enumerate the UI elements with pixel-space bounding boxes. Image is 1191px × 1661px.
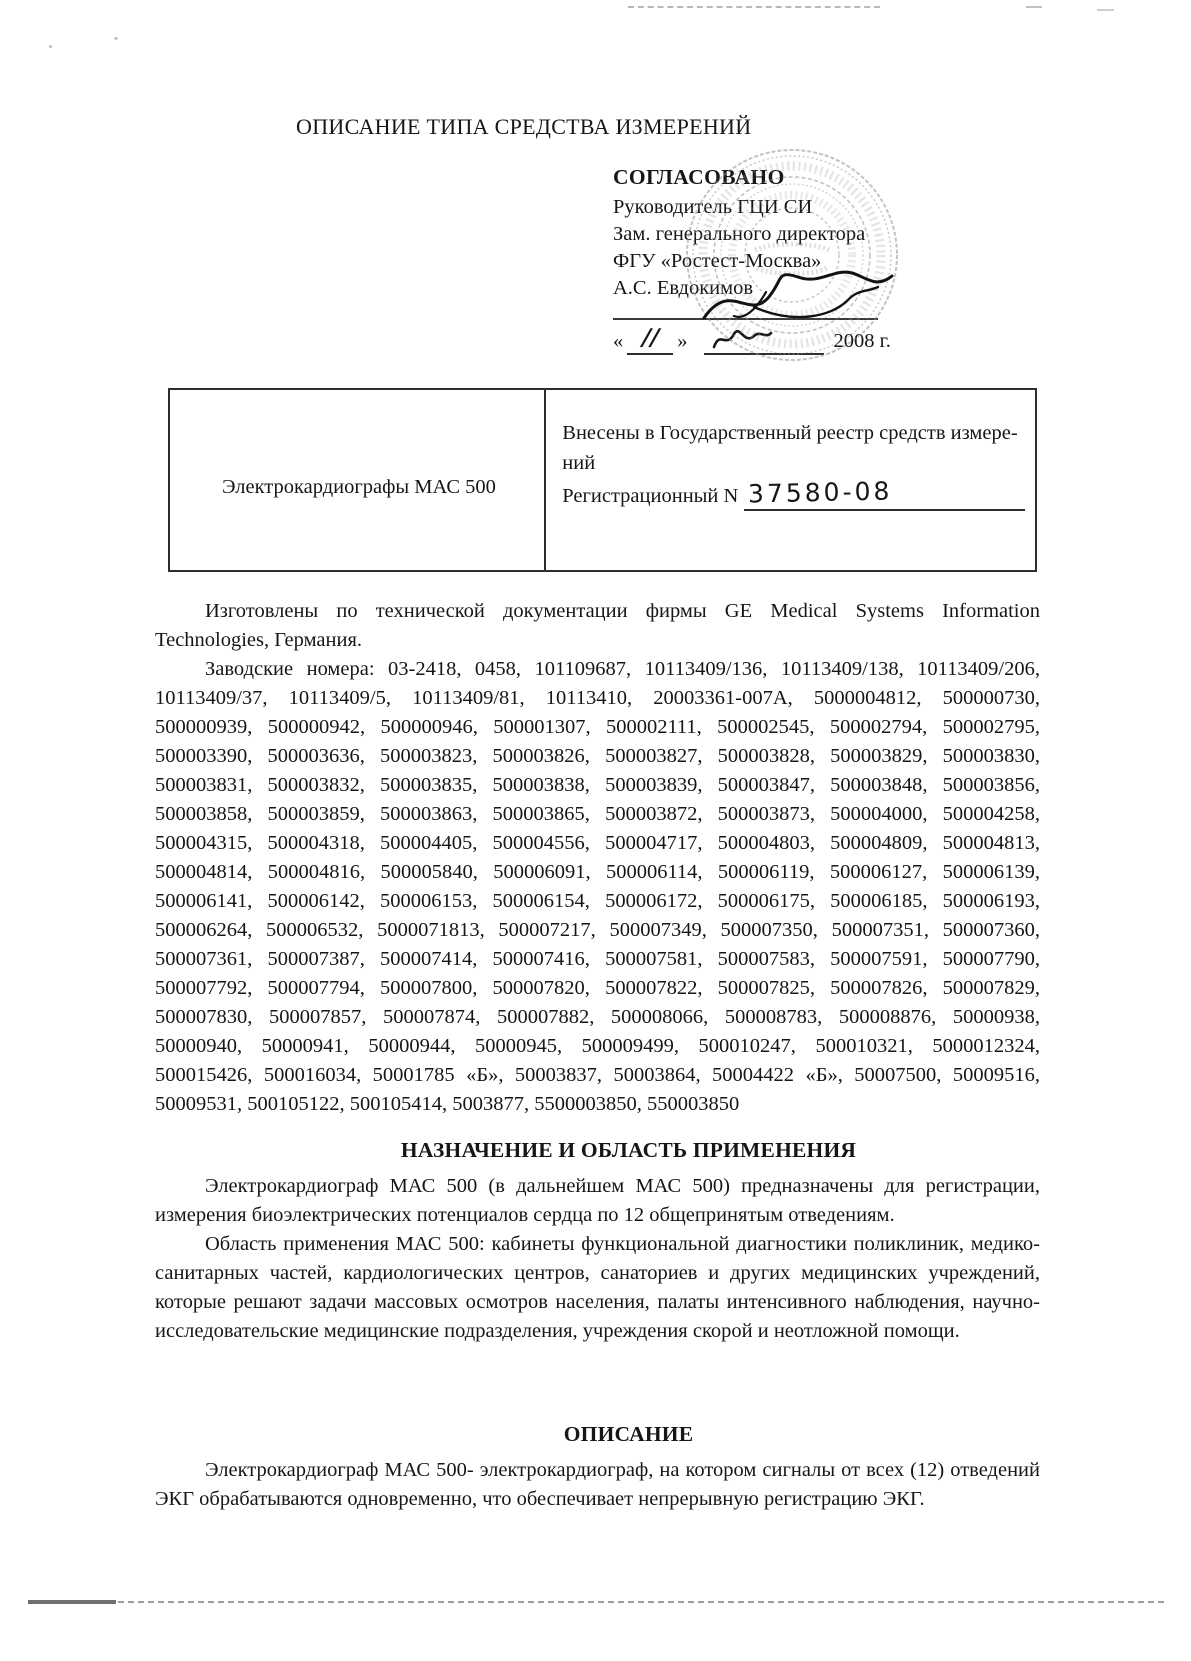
scan-artifact-dot-2 bbox=[114, 37, 118, 40]
registry-note: Внесены в Государственный реестр средств… bbox=[562, 418, 1025, 478]
serial-numbers-paragraph: Заводские номера: 03-2418, 0458, 1011096… bbox=[155, 655, 1040, 1119]
purpose-heading: НАЗНАЧЕНИЕ И ОБЛАСТЬ ПРИМЕНЕНИЯ bbox=[217, 1136, 1040, 1165]
purpose-paragraph-2: Область применения МАС 500: кабинеты фун… bbox=[155, 1230, 1040, 1346]
approval-line-role: Руководитель ГЦИ СИ bbox=[613, 194, 891, 221]
description-heading: ОПИСАНИЕ bbox=[217, 1420, 1040, 1449]
approval-line-organization: ФГУ «Ростест-Москва» bbox=[613, 248, 891, 275]
registration-number-label: Регистрационный N bbox=[562, 481, 738, 511]
manufactured-paragraph: Изготовлены по технической документации … bbox=[155, 597, 1040, 655]
handwritten-month-scribble bbox=[710, 326, 774, 352]
date-quote-close: » bbox=[677, 328, 687, 355]
scan-artifact-dot-1 bbox=[49, 45, 52, 48]
scan-artifact-bottom-dashes bbox=[28, 1601, 1164, 1603]
handwritten-day: // bbox=[638, 325, 662, 352]
approval-block: СОГЛАСОВАНО Руководитель ГЦИ СИ Зам. ген… bbox=[613, 164, 891, 355]
registry-note-cell: Внесены в Государственный реестр средств… bbox=[546, 390, 1035, 570]
handwritten-day-field: // bbox=[627, 325, 673, 355]
approval-line-position: Зам. генерального директора bbox=[613, 221, 891, 248]
registration-number-field: 37580-08 bbox=[744, 479, 1025, 511]
scan-artifact-top-dashes bbox=[628, 6, 880, 8]
handwritten-month-field bbox=[704, 323, 824, 355]
purpose-paragraph-1: Электрокардиограф МАС 500 (в дальнейшем … bbox=[155, 1172, 1040, 1230]
signature-rule bbox=[613, 318, 878, 320]
scan-artifact-bottom-blob bbox=[28, 1600, 116, 1604]
approval-line-person: А.С. Евдокимов bbox=[613, 275, 891, 302]
scan-artifact-top-dash-2 bbox=[1026, 6, 1042, 8]
document-body: Изготовлены по технической документации … bbox=[155, 597, 1040, 1514]
description-paragraph: Электрокардиограф МАС 500- электрокардио… bbox=[155, 1456, 1040, 1514]
page-title: ОПИСАНИЕ ТИПА СРЕДСТВА ИЗМЕРЕНИЙ bbox=[296, 114, 751, 140]
date-quote-open: « bbox=[613, 328, 623, 355]
registry-table: Электрокардиографы МАС 500 Внесены в Гос… bbox=[168, 388, 1037, 572]
scan-artifact-top-dash-3 bbox=[1097, 9, 1114, 11]
approval-heading: СОГЛАСОВАНО bbox=[613, 164, 891, 191]
date-year: 2008 г. bbox=[834, 328, 891, 355]
handwritten-registration-number: 37580-08 bbox=[748, 476, 893, 509]
registration-number-row: Регистрационный N 37580-08 bbox=[562, 479, 1025, 511]
instrument-name-cell: Электрокардиографы МАС 500 bbox=[170, 390, 546, 570]
instrument-name: Электрокардиографы МАС 500 bbox=[222, 476, 496, 499]
approval-date-row: « // » 2008 г. bbox=[613, 323, 891, 355]
document-page: ОПИСАНИЕ ТИПА СРЕДСТВА ИЗМЕРЕНИЙ СОГЛАСО… bbox=[0, 0, 1191, 1661]
